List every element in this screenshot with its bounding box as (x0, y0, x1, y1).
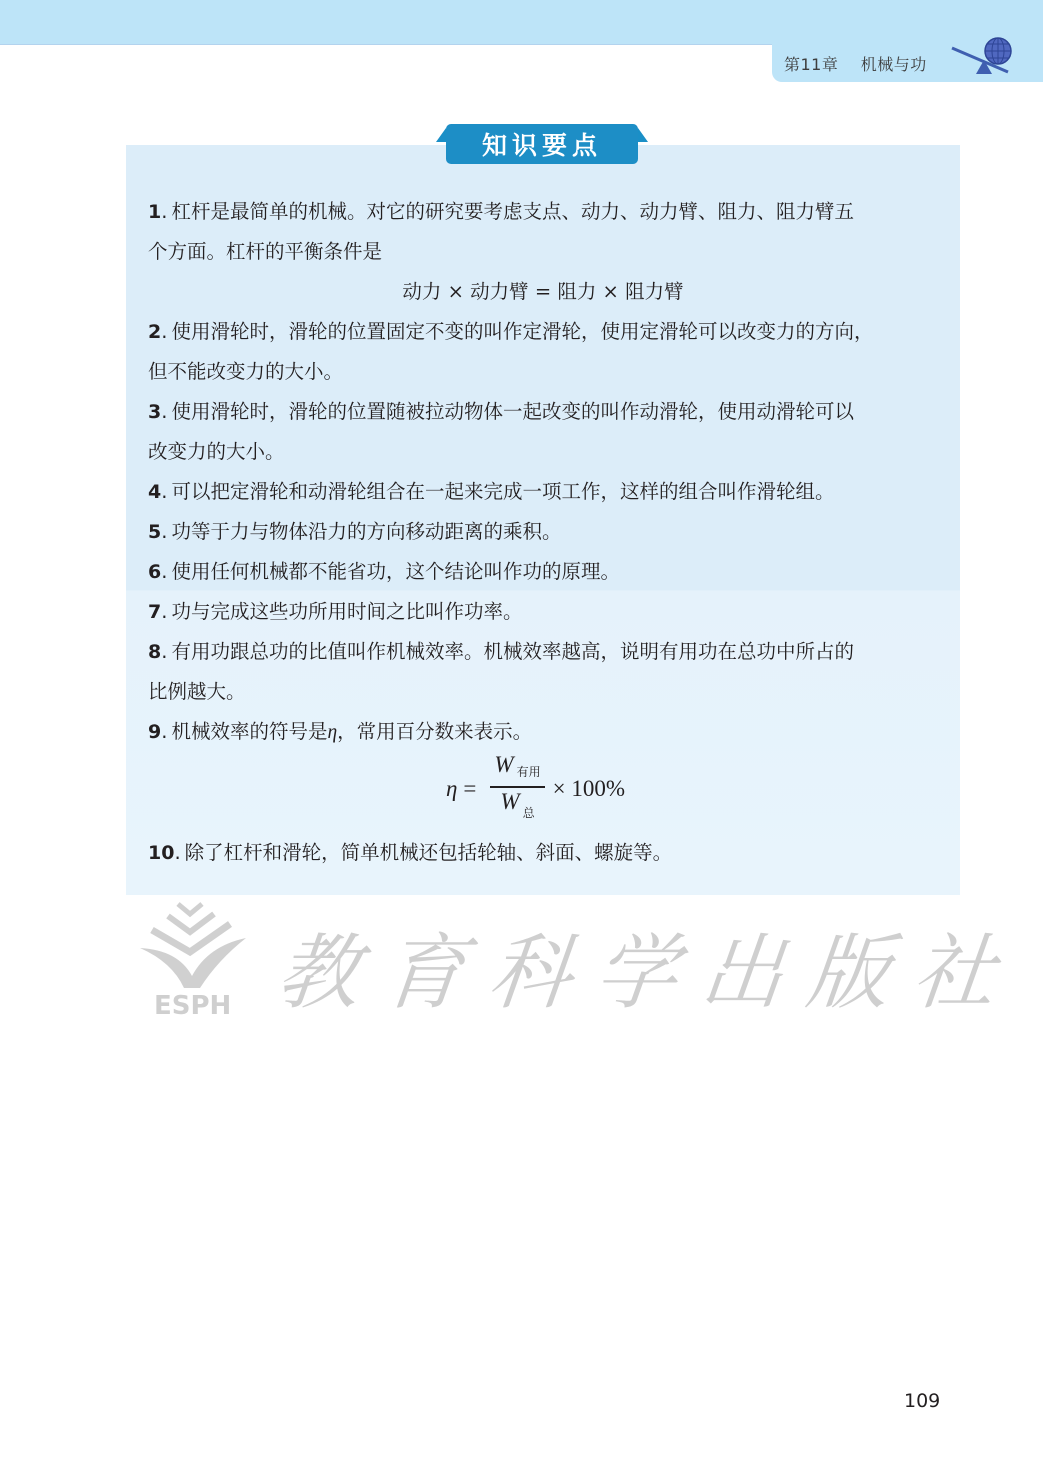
lever-globe-icon (948, 36, 1014, 78)
point-3: 3.使用滑轮时，滑轮的位置随被拉动物体一起改变的叫作动滑轮，使用动滑轮可以 改变… (148, 392, 948, 472)
point-text: 功等于力与物体沿力的方向移动距离的乘积。 (171, 520, 561, 543)
point-text: 使用滑轮时，滑轮的位置固定不变的叫作定滑轮，使用定滑轮可以改变力的方向， (171, 320, 873, 343)
point-number: 5 (148, 521, 161, 543)
point-text: 个方面。杠杆的平衡条件是 (148, 240, 382, 263)
banner-body: 知识要点 (446, 124, 638, 164)
point-8: 8.有用功跟总功的比值叫作机械效率。机械效率越高，说明有用功在总功中所占的 比例… (148, 632, 948, 712)
point-number: 3 (148, 401, 161, 423)
formula-eta: η (446, 776, 457, 802)
point-text: ，常用百分数来表示。 (337, 720, 532, 743)
point-10: 10.除了杠杆和滑轮，简单机械还包括轮轴、斜面、螺旋等。 (148, 833, 948, 873)
point-text: 改变力的大小。 (148, 440, 285, 463)
efficiency-formula: η = W有用 W总 × 100% (446, 756, 625, 822)
banner-right-ear (638, 128, 648, 142)
point-text: 可以把定滑轮和动滑轮组合在一起来完成一项工作，这样的组合叫作滑轮组。 (171, 480, 834, 503)
point-text: 除了杠杆和滑轮，简单机械还包括轮轴、斜面、螺旋等。 (185, 841, 673, 864)
point-6: 6.使用任何机械都不能省功，这个结论叫作功的原理。 (148, 552, 948, 592)
section-banner: 知识要点 (436, 124, 648, 166)
formula-fraction: W有用 W总 (490, 751, 544, 827)
section-title: 知识要点 (482, 126, 602, 162)
point-7: 7.功与完成这些功所用时间之比叫作功率。 (148, 592, 948, 632)
eta-symbol: η (327, 722, 337, 743)
point-number: 10 (148, 842, 174, 864)
fraction-denominator: W总 (496, 788, 538, 827)
formula-equals: = (463, 776, 476, 802)
point-number: 2 (148, 321, 161, 343)
lever-balance-formula: 动力 × 动力臂 = 阻力 × 阻力臂 (126, 272, 960, 312)
publisher-watermark: ESPH 教育科学出版社 (138, 900, 928, 1020)
fraction-numerator: W有用 (490, 751, 544, 786)
banner-left-ear (436, 128, 446, 142)
point-number: 8 (148, 641, 161, 663)
point-number: 6 (148, 561, 161, 583)
page-number: 109 (904, 1390, 940, 1412)
point-text: 杠杆是最简单的机械。对它的研究要考虑支点、动力、动力臂、阻力、阻力臂五 (171, 200, 854, 223)
point-4: 4.可以把定滑轮和动滑轮组合在一起来完成一项工作，这样的组合叫作滑轮组。 (148, 472, 948, 512)
point-1: 1.杠杆是最简单的机械。对它的研究要考虑支点、动力、动力臂、阻力、阻力臂五 个方… (148, 192, 948, 272)
publisher-name: 教育科学出版社 (272, 908, 1026, 1025)
point-number: 1 (148, 201, 161, 223)
formula-factor: × 100% (553, 776, 625, 802)
point-text: 但不能改变力的大小。 (148, 360, 343, 383)
point-text: 使用任何机械都不能省功，这个结论叫作功的原理。 (171, 560, 620, 583)
header-band (0, 0, 1043, 45)
point-text: 有用功跟总功的比值叫作机械效率。机械效率越高，说明有用功在总功中所占的 (171, 640, 854, 663)
point-9: 9.机械效率的符号是η，常用百分数来表示。 (148, 712, 948, 753)
point-number: 9 (148, 721, 161, 743)
svg-text:ESPH: ESPH (154, 991, 231, 1018)
chapter-title: 第11章 机械与功 (784, 52, 927, 75)
point-text: 使用滑轮时，滑轮的位置随被拉动物体一起改变的叫作动滑轮，使用动滑轮可以 (171, 400, 854, 423)
point-number: 4 (148, 481, 161, 503)
point-5: 5.功等于力与物体沿力的方向移动距离的乘积。 (148, 512, 948, 552)
esph-logo-icon: ESPH (138, 900, 248, 1018)
point-2: 2.使用滑轮时，滑轮的位置固定不变的叫作定滑轮，使用定滑轮可以改变力的方向， 但… (148, 312, 948, 392)
point-text: 机械效率的符号是 (171, 720, 327, 743)
point-text: 功与完成这些功所用时间之比叫作功率。 (171, 600, 522, 623)
point-number: 7 (148, 601, 161, 623)
point-text: 比例越大。 (148, 680, 246, 703)
